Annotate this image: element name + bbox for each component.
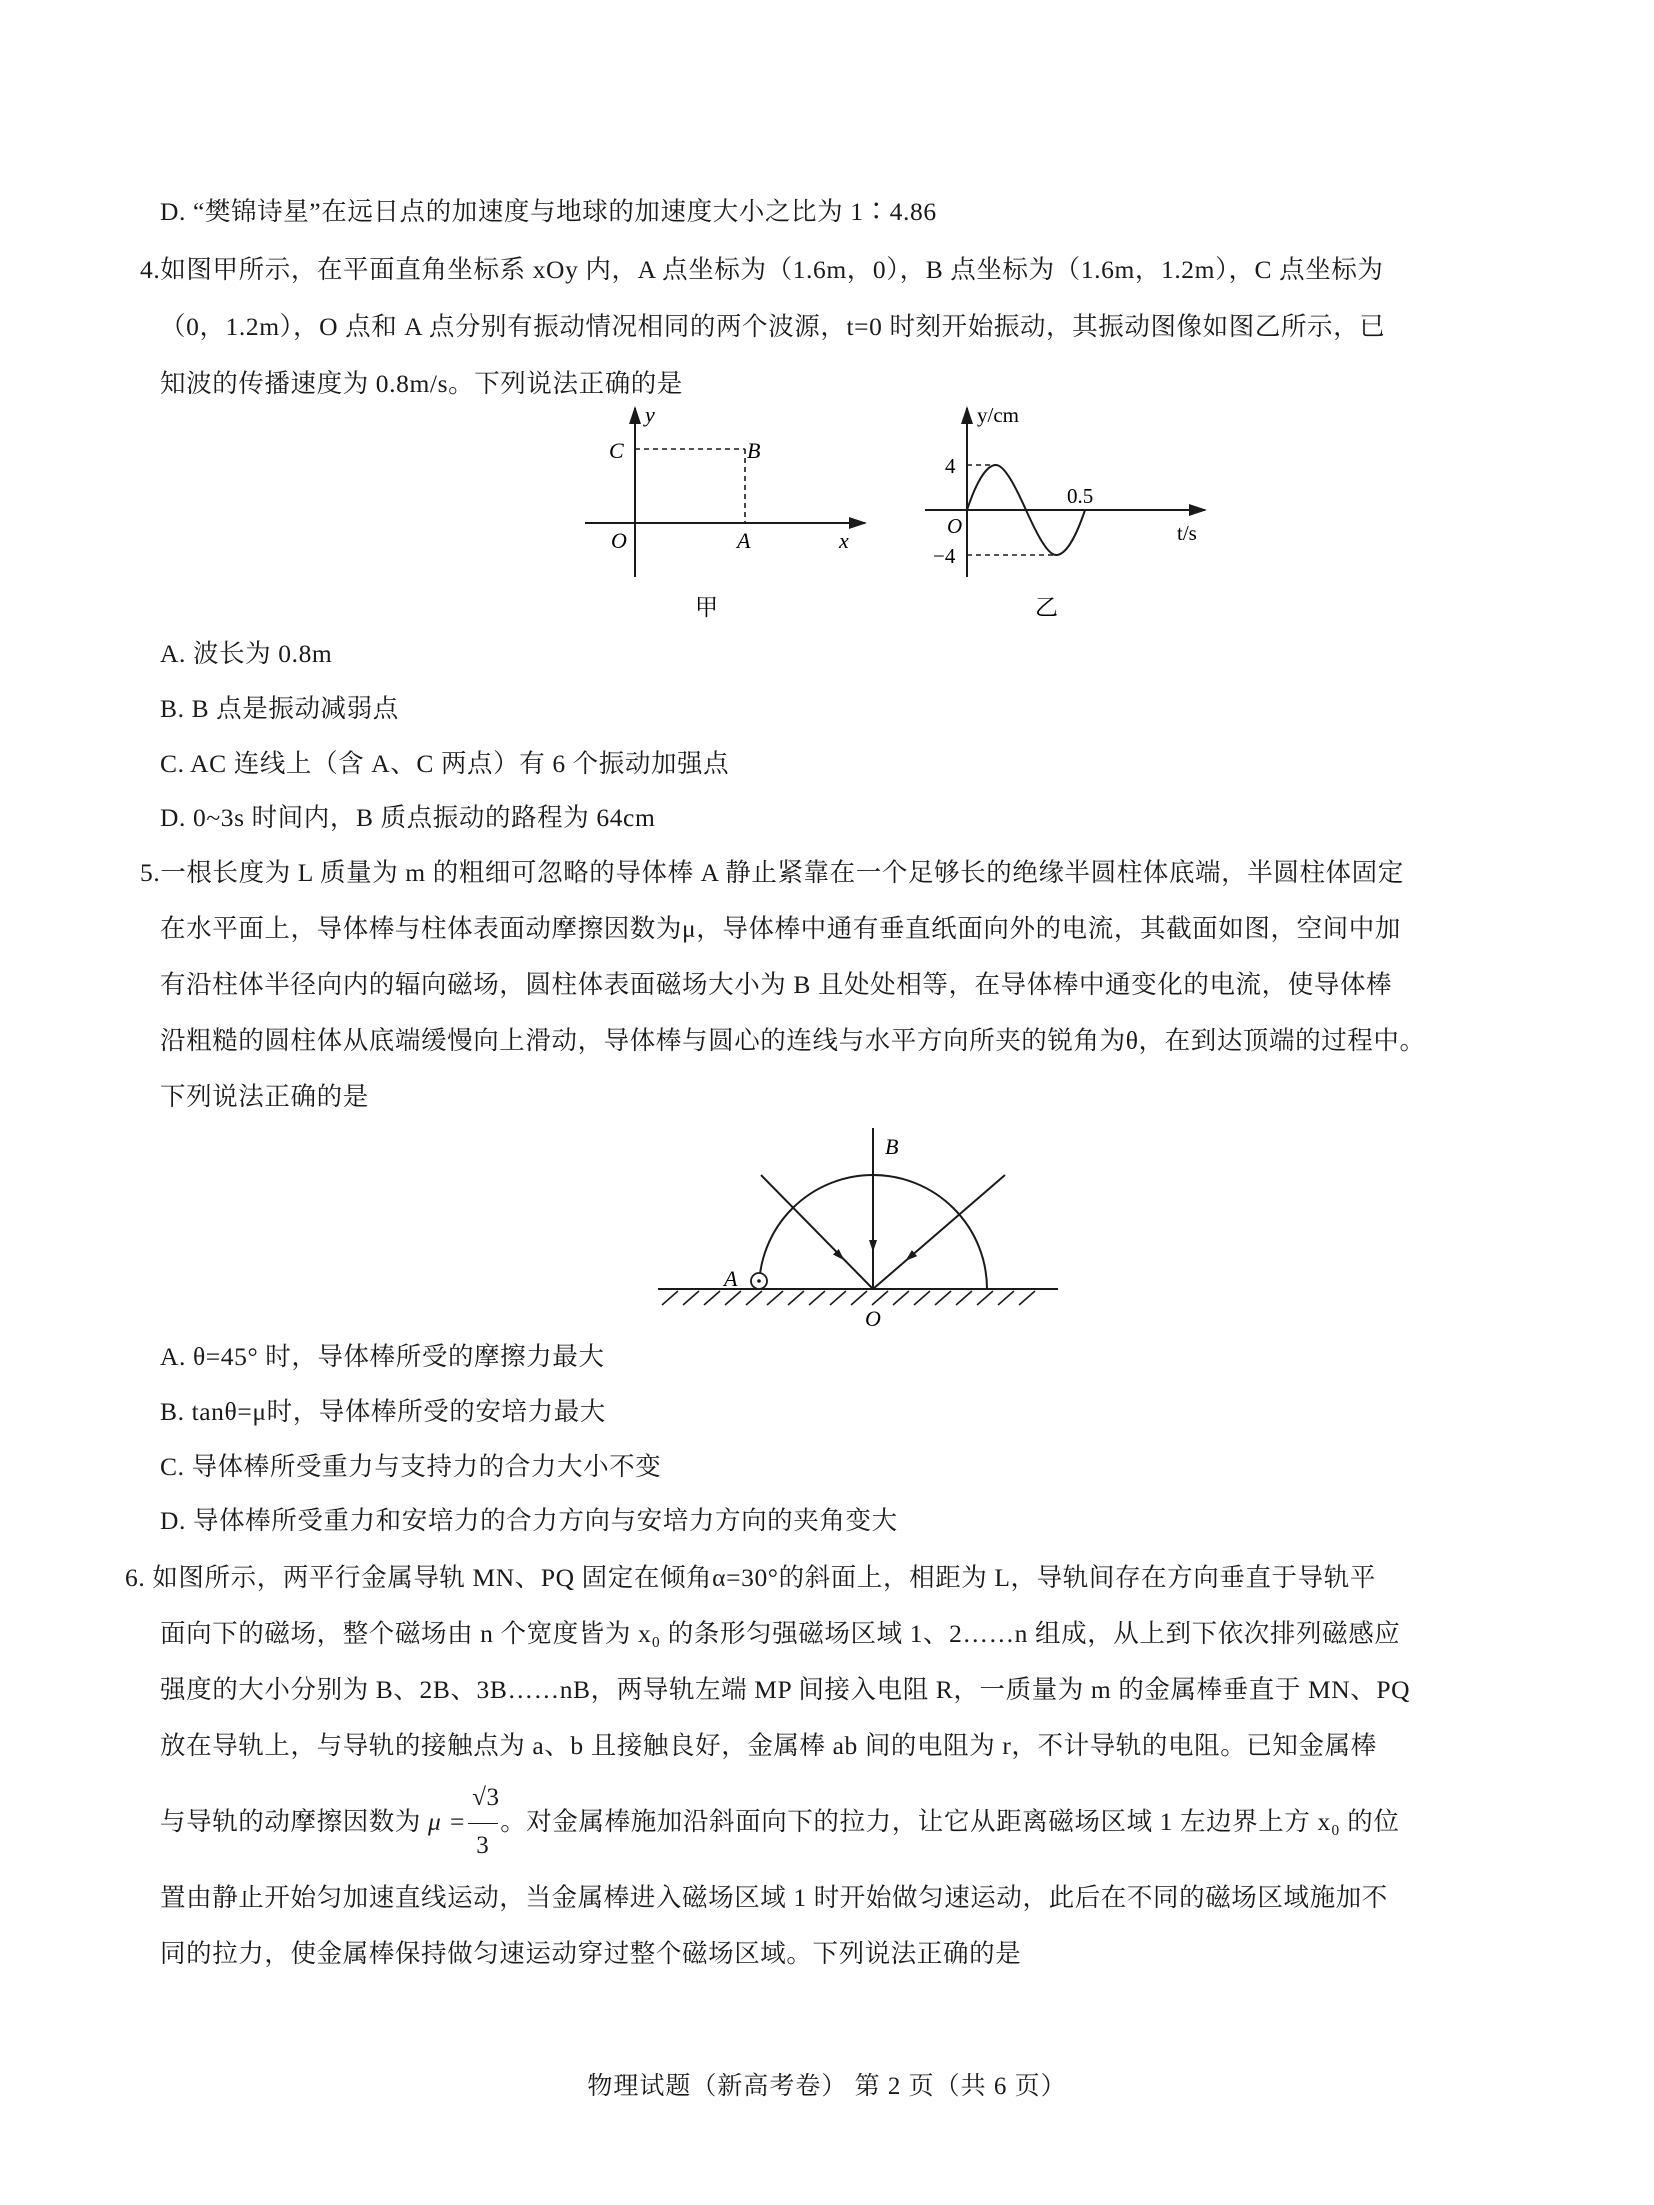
q6-stem-line-3: 强度的大小分别为 B、2B、3B……nB，两导轨左端 MP 间接入电阻 R，一质… [160, 1674, 1410, 1706]
svg-text:0.5: 0.5 [1067, 484, 1093, 508]
option-label: D. [160, 197, 186, 226]
svg-text:A: A [735, 528, 751, 553]
q5-option-c: C. 导体棒所受重力与支持力的合力大小不变 [160, 1451, 661, 1483]
q5-option-b: B. tanθ=μ时，导体棒所受的安培力最大 [160, 1396, 606, 1428]
svg-text:y: y [643, 402, 655, 427]
svg-text:O: O [611, 528, 627, 553]
svg-text:B: B [885, 1134, 898, 1159]
q5-option-d: D. 导体棒所受重力和安培力的合力方向与安培力方向的夹角变大 [160, 1505, 898, 1537]
stem-text: 与导轨的动摩擦因数为 [160, 1807, 421, 1836]
q5-stem-line-1: 5.一根长度为 L 质量为 m 的粗细可忽略的导体棒 A 静止紧靠在一个足够长的… [140, 857, 1404, 889]
option-label: A. [160, 639, 186, 668]
option-text: θ=45° 时，导体棒所受的摩擦力最大 [193, 1342, 605, 1371]
stem-text: 。对金属棒施加沿斜面向下的拉力，让它从距离磁场区域 1 左边界上方 x₀ 的位 [500, 1807, 1399, 1836]
q6-stem-line-6: 置由静止开始匀加速直线运动，当金属棒进入磁场区域 1 时开始做匀速运动，此后在不… [160, 1882, 1388, 1914]
svg-text:x: x [838, 528, 849, 553]
q6-stem-line-2: 面向下的磁场，整个磁场由 n 个宽度皆为 x₀ 的条形匀强磁场区域 1、2……n… [160, 1618, 1400, 1650]
q5-stem-line-4: 沿粗糙的圆柱体从底端缓慢向上滑动，导体棒与圆心的连线与水平方向所夹的锐角为θ，在… [160, 1025, 1426, 1057]
svg-text:B: B [747, 438, 760, 463]
q4-option-c: C. AC 连线上（含 A、C 两点）有 6 个振动加强点 [160, 748, 729, 780]
q4-stem-line-3: 知波的传播速度为 0.8m/s。下列说法正确的是 [160, 368, 683, 400]
option-text: tanθ=μ时，导体棒所受的安培力最大 [192, 1397, 606, 1426]
q4-option-b: B. B 点是振动减弱点 [160, 693, 399, 725]
fraction-numerator: √3 [472, 1782, 499, 1814]
option-text: 0~3s 时间内，B 质点振动的路程为 64cm [193, 803, 655, 832]
svg-text:−4: −4 [933, 544, 956, 568]
svg-text:O: O [947, 514, 962, 538]
q6-stem-line-7: 同的拉力，使金属棒保持做匀速运动穿过整个磁场区域。下列说法正确的是 [160, 1938, 1021, 1970]
question-number: 4. [140, 255, 160, 284]
q4-option-d: D. 0~3s 时间内，B 质点振动的路程为 64cm [160, 802, 655, 834]
q5-stem-line-2: 在水平面上，导体棒与柱体表面动摩擦因数为μ，导体棒中通有垂直纸面向外的电流，其截… [160, 913, 1401, 945]
stem-text: 如图甲所示，在平面直角坐标系 xOy 内，A 点坐标为（1.6m，0），B 点坐… [160, 255, 1383, 284]
q4-stem-line-1: 4.如图甲所示，在平面直角坐标系 xOy 内，A 点坐标为（1.6m，0），B … [140, 254, 1384, 286]
option-label: C. [160, 749, 185, 778]
q5-option-a: A. θ=45° 时，导体棒所受的摩擦力最大 [160, 1341, 605, 1373]
option-text: 导体棒所受重力与支持力的合力大小不变 [192, 1452, 662, 1481]
q6-stem-line-4: 放在导轨上，与导轨的接触点为 a、b 且接触良好，金属棒 ab 间的电阻为 r，… [160, 1730, 1377, 1762]
q5-stem-line-5: 下列说法正确的是 [160, 1081, 369, 1113]
ground-hatch [662, 1291, 1035, 1305]
figure-jia: y C B O A x 甲 [575, 400, 875, 630]
option-text: 波长为 0.8m [193, 639, 332, 668]
option-text: “樊锦诗星”在远日点的加速度与地球的加速度大小之比为 1∶4.86 [193, 197, 937, 226]
q4-stem-line-2: （0，1.2m），O 点和 A 点分别有振动情况相同的两个波源，t=0 时刻开始… [160, 311, 1385, 343]
figure-yi: y/cm 4 −4 O 0.5 t/s 乙 [905, 400, 1225, 630]
svg-text:4: 4 [945, 454, 956, 478]
option-text: 导体棒所受重力和安培力的合力方向与安培力方向的夹角变大 [193, 1506, 898, 1535]
fraction-denominator: 3 [476, 1830, 489, 1862]
q3-option-d: D. “樊锦诗星”在远日点的加速度与地球的加速度大小之比为 1∶4.86 [160, 196, 937, 228]
option-label: D. [160, 1506, 186, 1535]
q6-stem-line-1: 6. 如图所示，两平行金属导轨 MN、PQ 固定在倾角α=30°的斜面上，相距为… [125, 1562, 1376, 1594]
q5-stem-line-3: 有沿柱体半径向内的辐向磁场，圆柱体表面磁场大小为 B 且处处相等，在导体棒中通变… [160, 969, 1392, 1001]
option-text: AC 连线上（含 A、C 两点）有 6 个振动加强点 [190, 749, 729, 778]
q4-option-a: A. 波长为 0.8m [160, 638, 332, 670]
page-footer: 物理试题（新高考卷） 第 2 页（共 6 页） [0, 2066, 1654, 2102]
option-label: D. [160, 803, 186, 832]
stem-text: 如图所示，两平行金属导轨 MN、PQ 固定在倾角α=30°的斜面上，相距为 L，… [152, 1563, 1376, 1592]
question-number: 6. [125, 1563, 145, 1592]
svg-text:乙: 乙 [1035, 595, 1058, 620]
svg-text:t/s: t/s [1177, 521, 1197, 545]
option-label: B. [160, 694, 185, 723]
svg-text:甲: 甲 [695, 595, 718, 620]
option-text: B 点是振动减弱点 [192, 694, 399, 723]
svg-text:O: O [865, 1306, 881, 1331]
mu-symbol: μ = [428, 1807, 466, 1836]
option-label: B. [160, 1397, 185, 1426]
svg-text:A: A [722, 1266, 738, 1291]
figure-half-cylinder: B A O [648, 1118, 1078, 1338]
option-label: C. [160, 1452, 185, 1481]
question-number: 5. [140, 858, 160, 887]
stem-text: 一根长度为 L 质量为 m 的粗细可忽略的导体棒 A 静止紧靠在一个足够长的绝缘… [160, 858, 1404, 887]
svg-text:C: C [609, 438, 624, 463]
fraction-root3-over-3: √33 [466, 1806, 500, 1838]
option-label: A. [160, 1342, 186, 1371]
svg-text:y/cm: y/cm [977, 403, 1019, 427]
q6-mu-line: 与导轨的动摩擦因数为 μ =√33。对金属棒施加沿斜面向下的拉力，让它从距离磁场… [160, 1806, 1399, 1838]
